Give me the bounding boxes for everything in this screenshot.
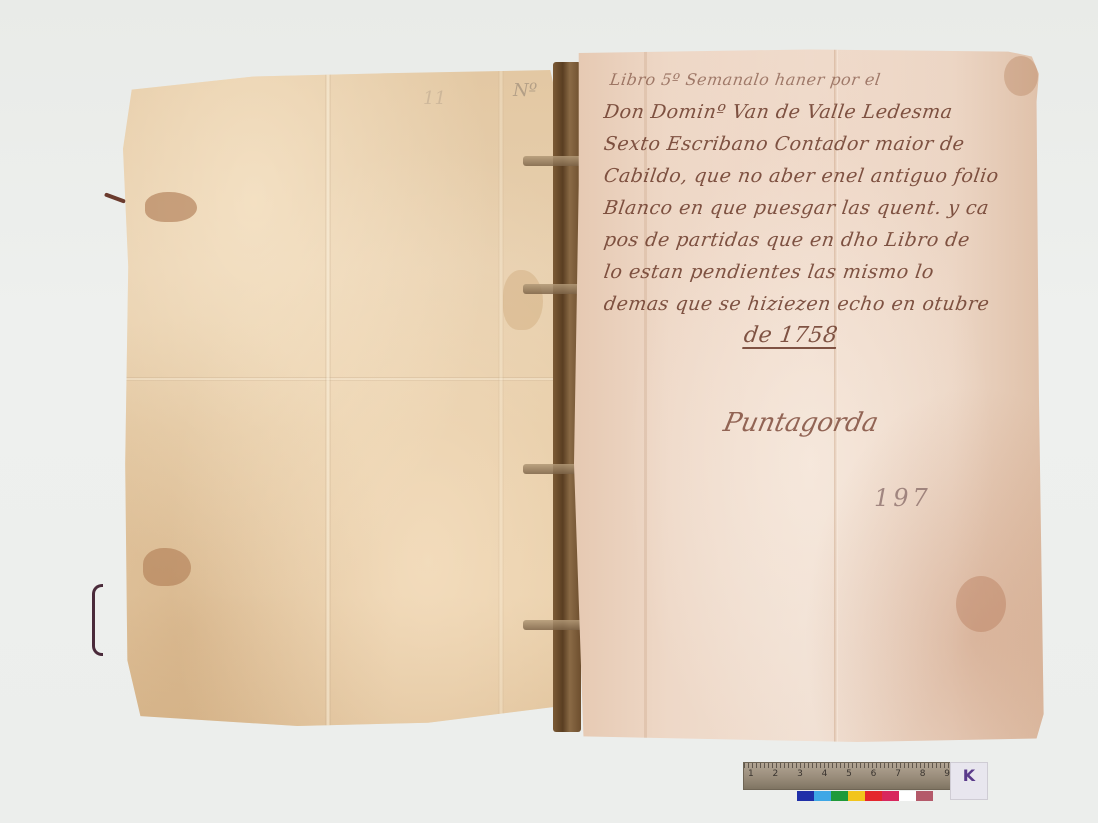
color-swatch (797, 791, 814, 801)
right-page-title: Libro 5º Semanalo haner por el Don Domin… (574, 46, 1046, 742)
signature: Puntagorda (721, 408, 881, 438)
color-swatch (865, 791, 882, 801)
stain-patch (503, 270, 543, 330)
spine-tie (523, 284, 583, 294)
spine-tie (523, 464, 583, 474)
manuscript-line: Sexto Escribano Contador maior de (602, 128, 1026, 160)
manuscript-line: pos de partidas que en dho Libro de (602, 224, 1026, 256)
folio-number: 197 (874, 484, 932, 512)
ruler-ticks (744, 763, 954, 768)
ruler-label: 3 (797, 769, 803, 779)
scale-logo: K (950, 762, 988, 800)
stain-patch (145, 192, 197, 222)
color-calibration-chart (797, 791, 933, 801)
left-page-cover: Nº 11 (123, 70, 559, 726)
vertical-crease (498, 70, 504, 726)
color-swatch (848, 791, 865, 801)
binding-cord-top (104, 192, 126, 203)
ruler-label: 6 (871, 769, 877, 779)
color-swatch (831, 791, 848, 801)
ruler-label: 7 (895, 769, 901, 779)
ruler-label: 8 (920, 769, 926, 779)
manuscript-line: Don Dominº Van de Valle Ledesma (602, 96, 1026, 128)
horizontal-crease (123, 377, 559, 381)
manuscript-line: Libro 5º Semanalo haner por el (602, 64, 1026, 96)
manuscript-line: Blanco en que puesgar las quent. y ca (602, 192, 1026, 224)
color-swatch (814, 791, 831, 801)
stain-patch (143, 548, 191, 586)
ruler-labels: 1 2 3 4 5 6 7 8 9 (748, 769, 950, 779)
stain-patch (956, 576, 1006, 632)
color-swatch (882, 791, 899, 801)
spine-tie (523, 620, 583, 630)
manuscript-date: de 1758 (602, 320, 1026, 352)
manuscript-line: Cabildo, que no aber enel antiguo folio (602, 160, 1026, 192)
manuscript-line: lo estan pendientes las mismo lo (602, 256, 1026, 288)
color-swatch (899, 791, 916, 801)
ruler-label: 1 (748, 769, 754, 779)
manuscript-text: Libro 5º Semanalo haner por el Don Domin… (604, 64, 1024, 352)
measurement-ruler: 1 2 3 4 5 6 7 8 9 (743, 762, 955, 790)
faint-mark: Nº (513, 80, 537, 101)
ruler-label: 5 (846, 769, 852, 779)
ruler-label: 2 (773, 769, 779, 779)
color-swatch (916, 791, 933, 801)
manuscript-photo: Nº 11 Libro 5º Semanalo haner por el Don… (0, 0, 1098, 823)
binding-cord-bottom (92, 584, 103, 656)
vertical-crease (325, 70, 331, 726)
ruler-label: 4 (822, 769, 828, 779)
faint-mark: 11 (423, 88, 446, 109)
spine-tie (523, 156, 583, 166)
manuscript-line: demas que se hiziezen echo en otubre (602, 288, 1026, 320)
